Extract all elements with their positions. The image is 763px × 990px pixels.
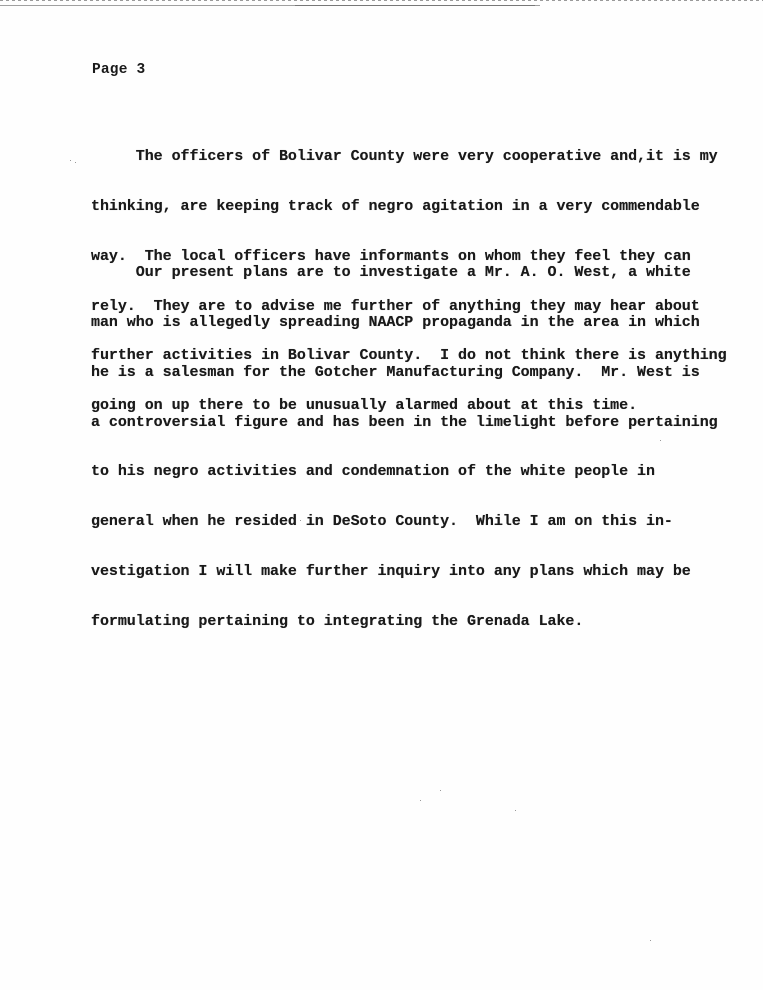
scan-speck: [440, 790, 441, 791]
text-line: thinking, are keeping track of negro agi…: [91, 199, 751, 216]
scan-speck: [420, 800, 421, 801]
scan-speck: [300, 520, 301, 521]
text-line: man who is allegedly spreading NAACP pro…: [91, 315, 751, 332]
text-line: Our present plans are to investigate a M…: [91, 265, 751, 282]
document-page: Page 3 The officers of Bolivar County we…: [0, 0, 763, 990]
scan-speck: [70, 160, 71, 161]
text-line: general when he resided in DeSoto County…: [91, 514, 751, 531]
page-number: Page 3: [92, 62, 145, 78]
text-line: vestigation I will make further inquiry …: [91, 564, 751, 581]
text-line: formulating pertaining to integrating th…: [91, 614, 751, 631]
scan-speck: [650, 940, 651, 941]
paragraph-present-plans: Our present plans are to investigate a M…: [91, 232, 751, 663]
scan-speck: [515, 810, 516, 811]
scan-speck: [75, 162, 76, 163]
scan-artifact-line: [295, 5, 535, 6]
text-line: The officers of Bolivar County were very…: [91, 149, 751, 166]
scan-top-edge: [0, 0, 763, 1]
scan-speck: [660, 440, 661, 441]
text-line: he is a salesman for the Gotcher Manufac…: [91, 365, 751, 382]
text-line: a controversial figure and has been in t…: [91, 415, 751, 432]
text-line: to his negro activities and condemnation…: [91, 464, 751, 481]
